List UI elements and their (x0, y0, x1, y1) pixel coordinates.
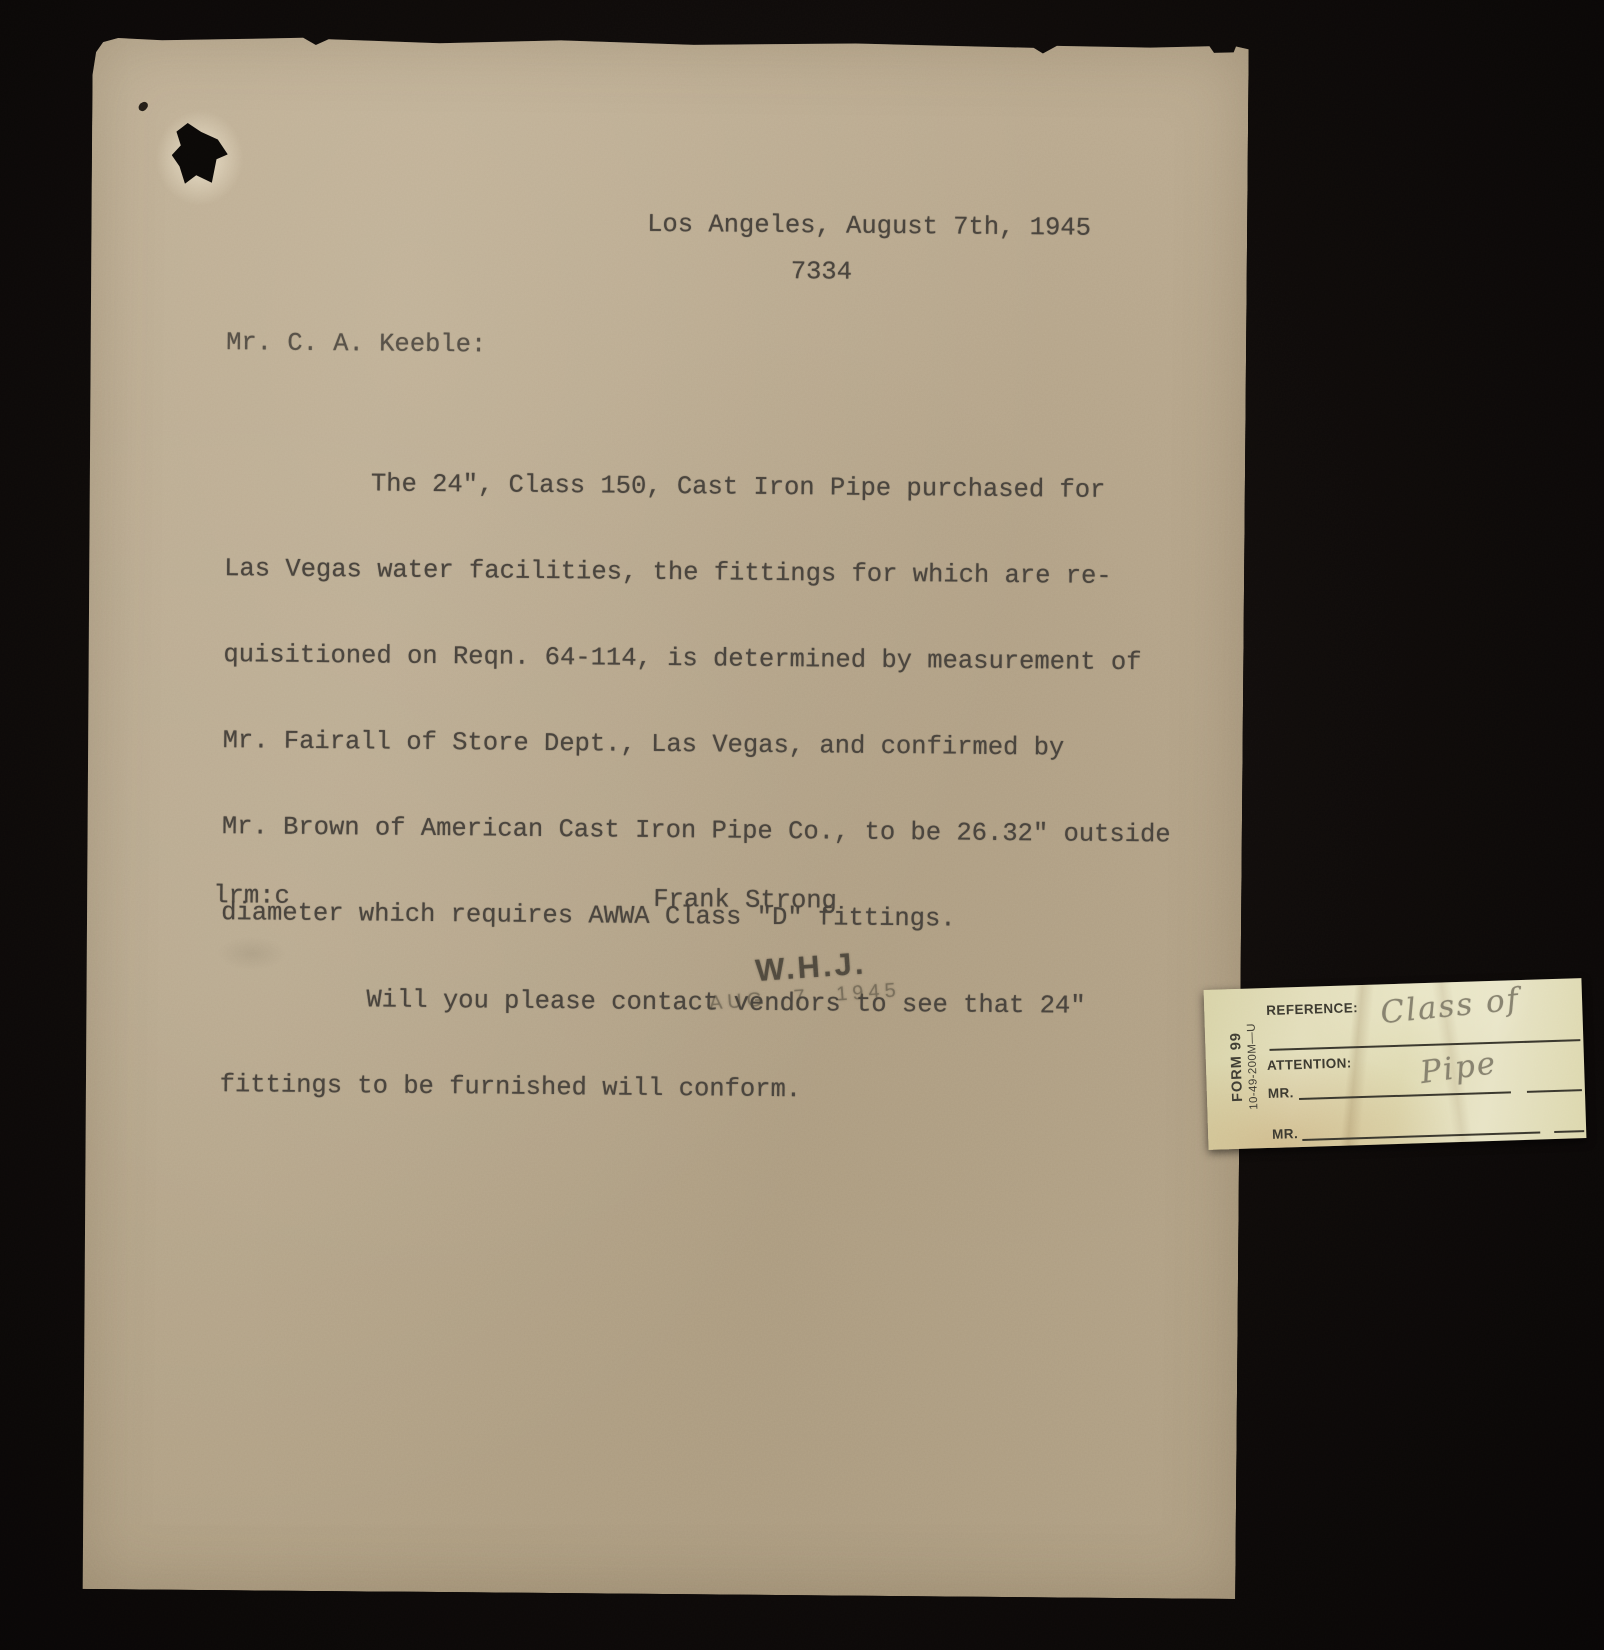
slip-print-code: 10-49-200M—U (1246, 1023, 1261, 1110)
routing-slip: FORM 99 10-49-200M—U REFERENCE: ATTENTIO… (1204, 978, 1587, 1150)
body-line: Mr. Fairall of Store Dept., Las Vegas, a… (222, 716, 1182, 774)
body-line: fittings to be furnished will conform. (219, 1060, 1179, 1118)
body-line: Will you please contact vendors to see t… (220, 974, 1180, 1032)
slip-form-number: FORM 99 (1228, 1032, 1246, 1102)
reference-rule (1269, 1039, 1580, 1051)
mr-label-2: MR. (1272, 1126, 1298, 1142)
handwritten-reference-line1: Class of (1379, 981, 1522, 1031)
typist-initials: lrm:c (213, 881, 290, 911)
attention-label: ATTENTION: (1267, 1055, 1352, 1073)
dateline: Los Angeles, August 7th, 1945 (647, 210, 1091, 243)
signature: Frank Strong (653, 885, 837, 916)
body-line: Mr. Brown of American Cast Iron Pipe Co.… (222, 802, 1182, 860)
mr-label-1: MR. (1268, 1085, 1294, 1101)
mr-rule-1-right (1527, 1089, 1582, 1093)
mr-rule-2-right (1554, 1130, 1584, 1133)
body-line: quisitioned on Reqn. 64-114, is determin… (223, 630, 1183, 688)
salutation: Mr. C. A. Keeble: (226, 328, 486, 359)
body-line: The 24", Class 150, Cast Iron Pipe purch… (225, 458, 1185, 516)
file-number: 7334 (791, 257, 852, 287)
letter-sheet: Los Angeles, August 7th, 1945 7334 Mr. C… (79, 35, 1249, 1599)
mr-rule-2 (1302, 1131, 1540, 1140)
mr-rule-1 (1299, 1091, 1511, 1100)
handwritten-reference-line2: Pipe (1418, 1045, 1499, 1091)
body-line: Las Vegas water facilities, the fittings… (224, 544, 1184, 602)
scanned-document-page: { "document": { "dateline": "Los Angeles… (0, 0, 1604, 1650)
reference-label: REFERENCE: (1266, 1000, 1358, 1018)
paper-speck (137, 100, 149, 113)
letter-body: The 24", Class 150, Cast Iron Pipe purch… (219, 422, 1185, 1154)
